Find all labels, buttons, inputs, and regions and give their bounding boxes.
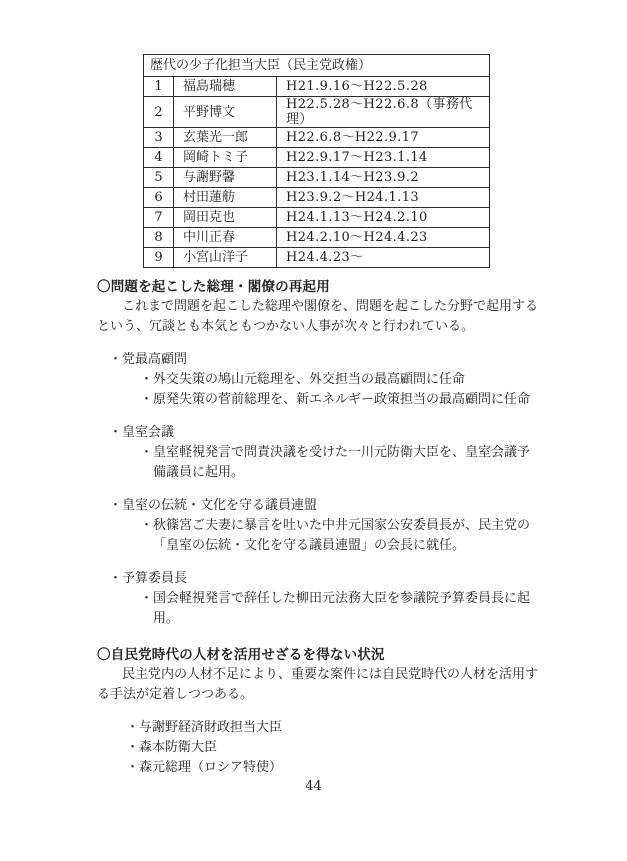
row-number: 7 [144,208,174,228]
bullet-marker: ・ [126,718,139,738]
bullet-marker: ・ [140,390,153,410]
table-row: 9 小宮山洋子 H24.4.23～ [144,248,490,268]
bullet-marker: ・ [140,443,153,483]
list-item-label: 皇室の伝統・文化を守る議員連盟 [122,496,543,516]
table-row: 1 福島瑞穂 H21.9.16～H22.5.28 [144,77,490,97]
minister-term: H24.4.23～ [277,248,490,268]
list-item-label: 与謝野経済財政担当大臣 [139,718,543,738]
section-reappointments: 〇問題を起こした総理・閣僚の再起用 これまで問題を起こした総理や閣僚を、問題を起… [97,277,543,629]
row-number: 1 [144,77,174,97]
minister-name: 玄葉光一郎 [174,128,277,148]
minister-name: 岡田克也 [174,208,277,228]
row-number: 4 [144,148,174,168]
table-row: 2 平野博文 H22.5.28～H22.6.8（事務代理） [144,97,490,128]
list-item: ・ 与謝野経済財政担当大臣 [97,718,543,738]
bullet-marker: ・ [109,496,122,516]
bullet-marker: ・ [140,516,153,556]
list-item-label: 森本防衛大臣 [139,738,543,758]
table-title: 歴代の少子化担当大臣（民主党政権） [144,55,490,77]
bullet-group: ・ 皇室会議 ・ 皇室軽視発言で問責決議を受けた一川元防衛大臣を、皇室会議予備議… [97,423,543,483]
section-ldp-era-personnel: 〇自民党時代の人材を活用せざるを得ない状況 民主党内の人材不足により、重要な案件… [97,645,543,778]
sub-item-text: 原発失策の菅前総理を、新エネルギー政策担当の最高顧問に任命 [153,390,543,410]
section-heading: 〇自民党時代の人材を活用せざるを得ない状況 [97,645,543,665]
list-item: ・ 皇室の伝統・文化を守る議員連盟 [97,496,543,516]
sub-item-text: 外交失策の鳩山元総理を、外交担当の最高顧問に任命 [153,370,543,390]
sub-list-item: ・ 国会軽視発言で辞任した柳田元法務大臣を参議院予算委員長に起用。 [97,589,543,629]
row-number: 2 [144,97,174,128]
minister-term: H22.9.17～H23.1.14 [277,148,490,168]
sub-item-text: 皇室軽視発言で問責決議を受けた一川元防衛大臣を、皇室会議予備議員に起用。 [153,443,543,483]
row-number: 5 [144,168,174,188]
list-item-label: 皇室会議 [122,423,543,443]
bullet-group: ・ 与謝野経済財政担当大臣 ・ 森本防衛大臣 ・ 森元総理（ロシア特使） [97,718,543,778]
document-body: 〇問題を起こした総理・閣僚の再起用 これまで問題を起こした総理や閣僚を、問題を起… [97,277,543,778]
minister-term: H22.6.8～H22.9.17 [277,128,490,148]
minister-name: 平野博文 [174,97,277,128]
sub-list-item: ・ 皇室軽視発言で問責決議を受けた一川元防衛大臣を、皇室会議予備議員に起用。 [97,443,543,483]
table-row: 7 岡田克也 H24.1.13～H24.2.10 [144,208,490,228]
minister-name: 福島瑞穂 [174,77,277,97]
minister-term: H24.1.13～H24.2.10 [277,208,490,228]
bullet-marker: ・ [126,758,139,778]
bullet-marker: ・ [109,423,122,443]
minister-name: 岡崎トミ子 [174,148,277,168]
row-number: 3 [144,128,174,148]
section-paragraph: 民主党内の人材不足により、重要な案件には自民党時代の人材を活用する手法が定着しつ… [97,665,543,705]
table-row: 5 与謝野馨 H23.1.14～H23.9.2 [144,168,490,188]
table-title-row: 歴代の少子化担当大臣（民主党政権） [144,55,490,77]
sub-list-item: ・ 秋篠宮ご夫妻に暴言を吐いた中井元国家公安委員長が、民主党の「皇室の伝統・文化… [97,516,543,556]
sub-list-item: ・ 原発失策の菅前総理を、新エネルギー政策担当の最高顧問に任命 [97,390,543,410]
minister-name: 村田蓮舫 [174,188,277,208]
sub-item-text: 国会軽視発言で辞任した柳田元法務大臣を参議院予算委員長に起用。 [153,589,543,629]
bullet-group: ・ 皇室の伝統・文化を守る議員連盟 ・ 秋篠宮ご夫妻に暴言を吐いた中井元国家公安… [97,496,543,556]
table-row: 3 玄葉光一郎 H22.6.8～H22.9.17 [144,128,490,148]
list-item: ・ 森元総理（ロシア特使） [97,758,543,778]
bullet-marker: ・ [109,569,122,589]
minister-term: H24.2.10～H24.4.23 [277,228,490,248]
minister-term: H22.5.28～H22.6.8（事務代理） [277,97,490,128]
table-row: 4 岡崎トミ子 H22.9.17～H23.1.14 [144,148,490,168]
bullet-marker: ・ [140,589,153,629]
minister-name: 与謝野馨 [174,168,277,188]
section-paragraph: これまで問題を起こした総理や閣僚を、問題を起こした分野で起用するという、冗談とも… [97,297,543,337]
document-page: 歴代の少子化担当大臣（民主党政権） 1 福島瑞穂 H21.9.16～H22.5.… [0,0,627,861]
table-row: 6 村田蓮舫 H23.9.2～H24.1.13 [144,188,490,208]
minister-name: 小宮山洋子 [174,248,277,268]
minister-term: H21.9.16～H22.5.28 [277,77,490,97]
minister-term: H23.9.2～H24.1.13 [277,188,490,208]
row-number: 6 [144,188,174,208]
list-item-label: 党最高顧問 [122,350,543,370]
sub-list-item: ・ 外交失策の鳩山元総理を、外交担当の最高顧問に任命 [97,370,543,390]
minister-name: 中川正春 [174,228,277,248]
list-item: ・ 皇室会議 [97,423,543,443]
table-row: 8 中川正春 H24.2.10～H24.4.23 [144,228,490,248]
list-item: ・ 党最高顧問 [97,350,543,370]
bullet-marker: ・ [140,370,153,390]
list-item-label: 森元総理（ロシア特使） [139,758,543,778]
ministers-table: 歴代の少子化担当大臣（民主党政権） 1 福島瑞穂 H21.9.16～H22.5.… [143,54,490,268]
sub-item-text: 秋篠宮ご夫妻に暴言を吐いた中井元国家公安委員長が、民主党の「皇室の伝統・文化を守… [153,516,543,556]
row-number: 8 [144,228,174,248]
bullet-marker: ・ [126,738,139,758]
row-number: 9 [144,248,174,268]
bullet-group: ・ 予算委員長 ・ 国会軽視発言で辞任した柳田元法務大臣を参議院予算委員長に起用… [97,569,543,629]
list-item: ・ 森本防衛大臣 [97,738,543,758]
bullet-marker: ・ [109,350,122,370]
list-item: ・ 予算委員長 [97,569,543,589]
list-item-label: 予算委員長 [122,569,543,589]
bullet-group: ・ 党最高顧問 ・ 外交失策の鳩山元総理を、外交担当の最高顧問に任命 ・ 原発失… [97,350,543,410]
page-number: 44 [0,779,627,794]
minister-term: H23.1.14～H23.9.2 [277,168,490,188]
section-heading: 〇問題を起こした総理・閣僚の再起用 [97,277,543,297]
